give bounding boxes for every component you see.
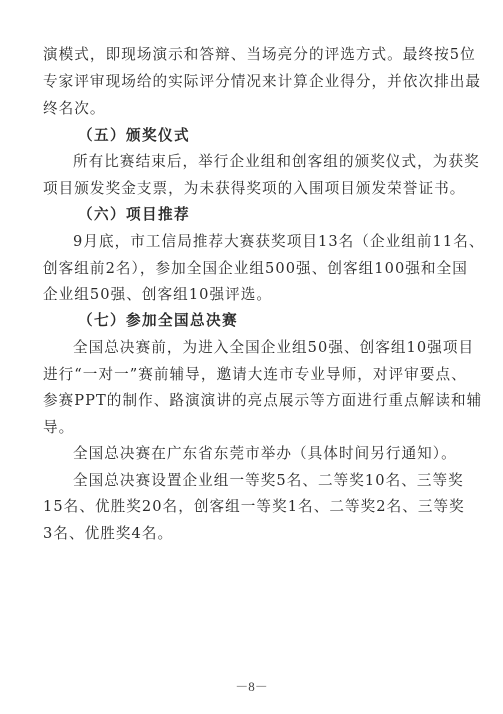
- section-heading-five: （五）颁奖仪式: [78, 126, 493, 146]
- body-line: 全国总决赛在广东省东莞市举办（具体时间另行通知）。: [73, 444, 488, 464]
- document-page: 演模式，即现场演示和答辩、当场亮分的评选方式。最终按5位 专家评审现场给的实际评…: [0, 0, 503, 714]
- body-line: 进行“一对一”赛前辅导，邀请大连市专业导师，对评审要点、: [43, 365, 458, 385]
- body-line: 终名次。: [43, 99, 458, 119]
- body-line: 所有比赛结束后，举行企业组和创客组的颁奖仪式，为获奖: [73, 152, 488, 172]
- body-line: 企业组50强、创客组10强评选。: [43, 285, 458, 305]
- body-line: 3名、优胜奖4名。: [43, 524, 458, 544]
- page-number: －8－: [0, 676, 503, 695]
- body-line: 演模式，即现场演示和答辩、当场亮分的评选方式。最终按5位: [43, 45, 458, 65]
- body-line: 全国总决赛前，为进入全国企业组50强、创客组10强项目: [73, 338, 488, 358]
- section-heading-six: （六）项目推荐: [78, 205, 493, 225]
- body-line: 全国总决赛设置企业组一等奖5名、二等奖10名、三等奖: [73, 471, 488, 491]
- body-line: 15名、优胜奖20名，创客组一等奖1名、二等奖2名、三等奖: [43, 497, 458, 517]
- body-line: 参赛PPT的制作、路演演讲的亮点展示等方面进行重点解读和辅: [43, 391, 458, 411]
- body-line: 创客组前2名），参加全国企业组500强、创客组100强和全国: [43, 259, 458, 279]
- section-heading-seven: （七）参加全国总决赛: [78, 311, 493, 331]
- body-line: 专家评审现场给的实际评分情况来计算企业得分，并依次排出最: [43, 72, 458, 92]
- body-line: 项目颁发奖金支票，为未获得奖项的入围项目颁发荣誉证书。: [43, 179, 458, 199]
- body-line: 导。: [43, 418, 458, 438]
- body-line: 9月底，市工信局推荐大赛获奖项目13名（企业组前11名、: [73, 232, 488, 252]
